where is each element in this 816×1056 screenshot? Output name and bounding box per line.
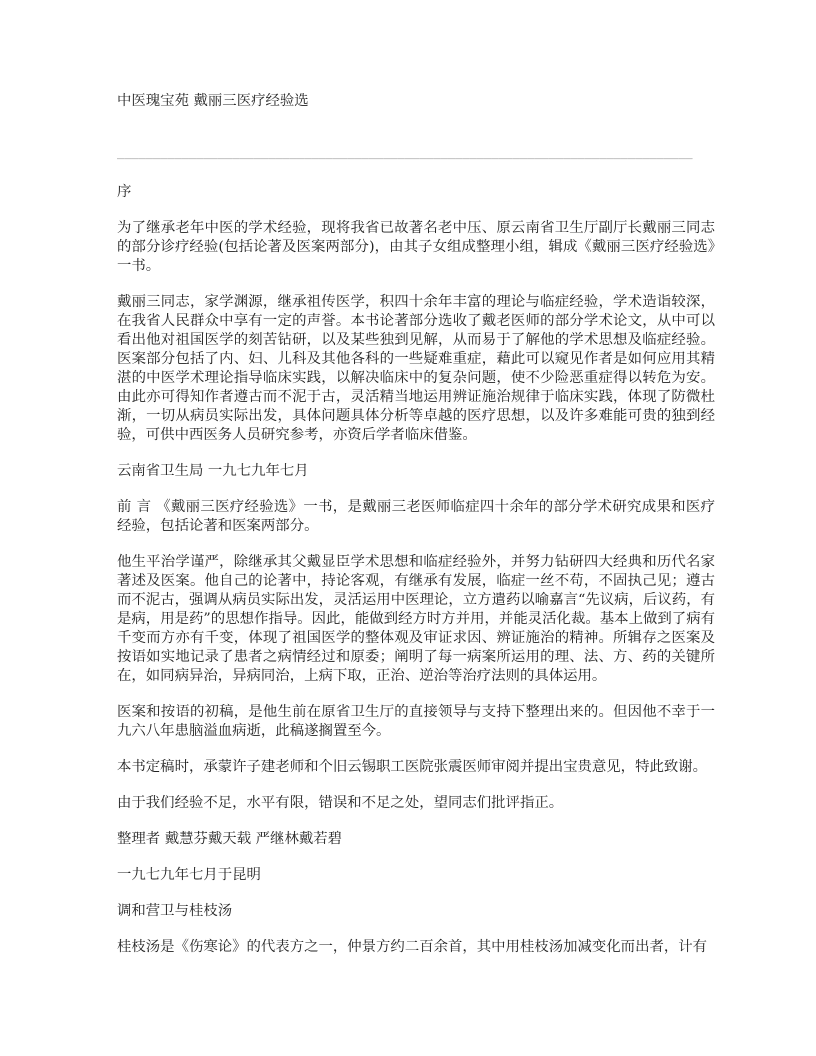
paragraph-author-background: 戴丽三同志，家学渊源，继承祖传医学，积四十余年丰富的理论与临症经验，学术造诣较深… xyxy=(117,293,715,445)
paragraph-draft-history: 医案和按语的初稿，是他生前在原省卫生厅的直接领导与支持下整理出来的。但因他不幸于… xyxy=(117,703,715,741)
line-date-place: 一九七九年七月于昆明 xyxy=(117,866,715,885)
document-title: 中医瑰宝苑 戴丽三医疗经验选 xyxy=(117,92,715,111)
chapter-heading-guizhi-decoction: 调和营卫与桂枝汤 xyxy=(117,902,715,921)
paragraph-acknowledgement: 本书定稿时，承蒙许子建老师和个旧云锡职工医院张震医师审阅并提出宝贵意见，特此致谢… xyxy=(117,758,715,777)
line-editors: 整理者 戴慧芬戴天载 严继林戴若碧 xyxy=(117,830,715,849)
paragraph-compilation-intro: 为了继承老年中医的学术经验，现将我省已故著名老中压、原云南省卫生厅副厅长戴丽三同… xyxy=(117,219,715,276)
paragraph-scholarship: 他生平治学谨严，除继承其父戴显臣学术思想和临症经验外，并努力钻研四大经典和历代名… xyxy=(117,553,715,686)
paragraph-foreword: 前 言 《戴丽三医疗经验选》一书，是戴丽三老医师临症四十余年的部分学术研究成果和… xyxy=(117,498,715,536)
preface-heading: 序 xyxy=(117,183,715,202)
line-issuer-date: 云南省卫生局 一九七九年七月 xyxy=(117,462,715,481)
divider-line: ________________________________________… xyxy=(117,143,715,162)
document-page: 中医瑰宝苑 戴丽三医疗经验选 _________________________… xyxy=(0,0,816,1056)
document-content: 中医瑰宝苑 戴丽三医疗经验选 _________________________… xyxy=(117,92,715,957)
paragraph-request-feedback: 由于我们经验不足，水平有限，错误和不足之处，望同志们批评指正。 xyxy=(117,794,715,813)
paragraph-guizhi-decoction-intro: 桂枝汤是《伤寒论》的代表方之一，仲景方约二百余首，其中用桂枝汤加减变化而出者，计… xyxy=(117,938,715,957)
